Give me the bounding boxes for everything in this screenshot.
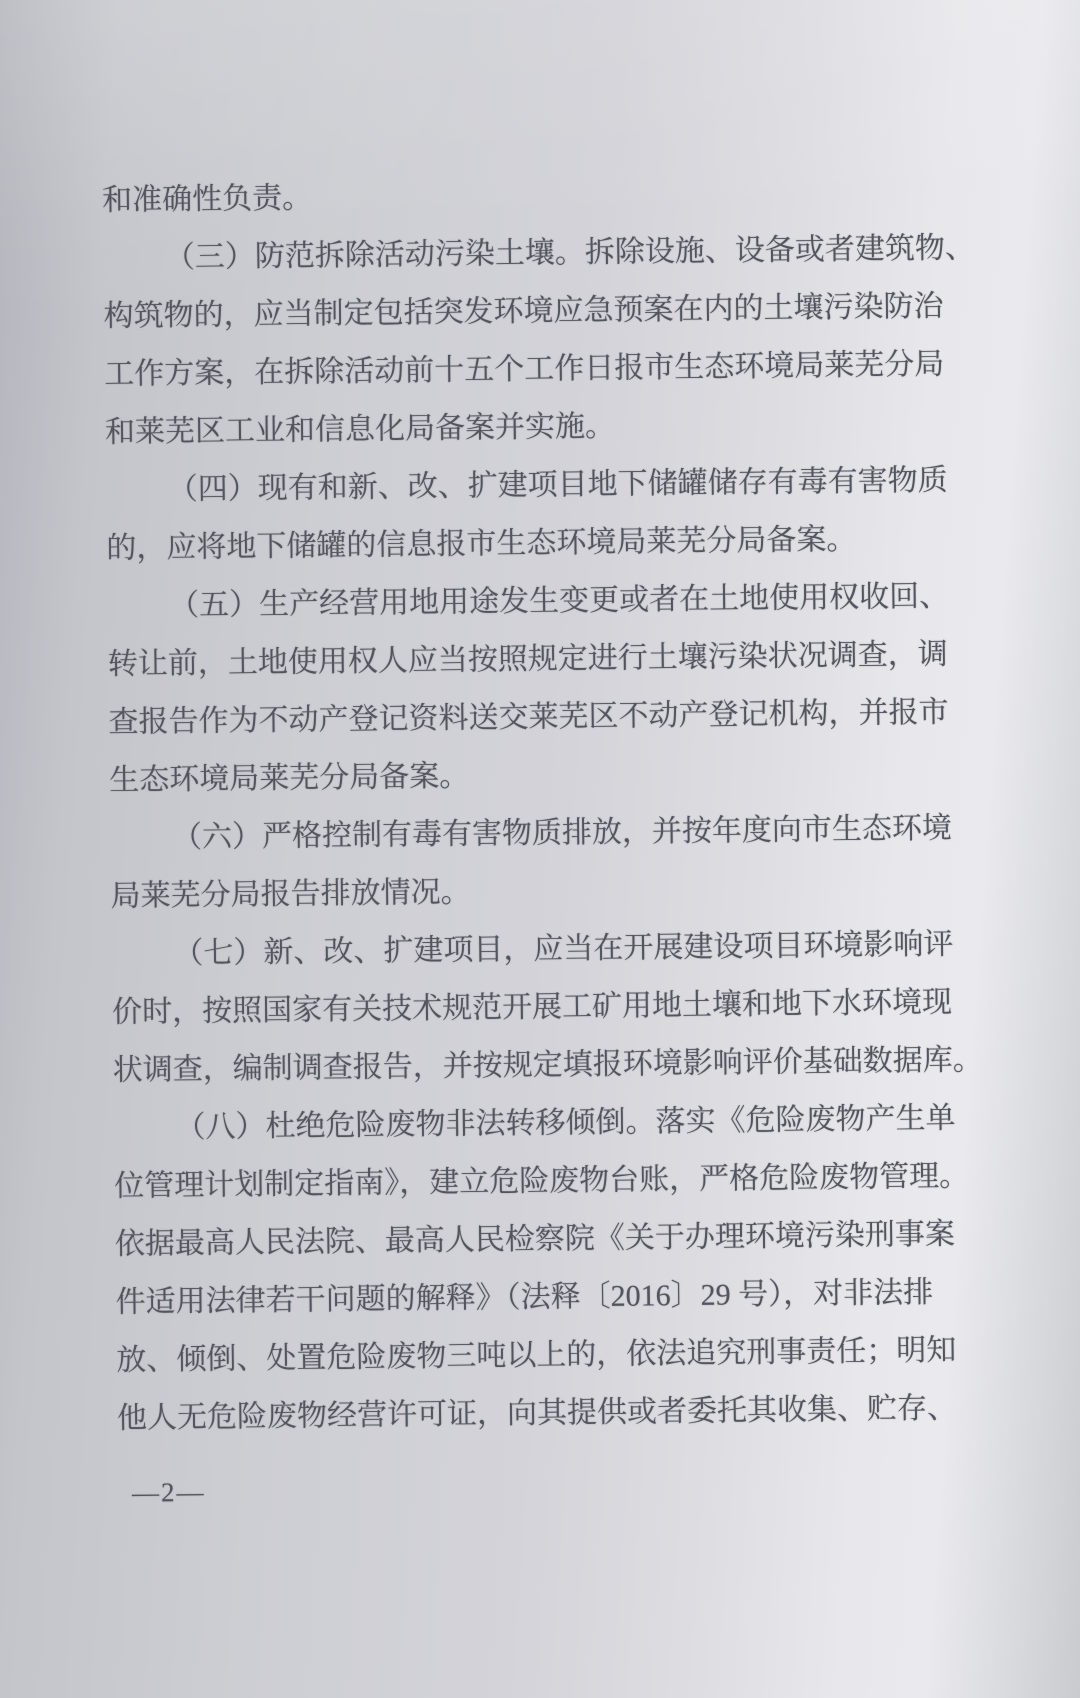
text-line: （五）生产经营用地用途发生变更或者在土地使用权收回、 xyxy=(107,567,988,636)
text-line: 位管理计划制定指南》，建立危险废物台账，严格危险废物管理。 xyxy=(114,1147,995,1216)
text-line: （八）杜绝危险废物非法转移倾倒。落实《危险废物产生单 xyxy=(113,1089,994,1158)
text-line: 生态环境局莱芜分局备案。 xyxy=(109,741,990,810)
text-line: 依据最高人民法院、最高人民检察院《关于办理环境污染刑事案 xyxy=(115,1205,996,1274)
text-line: 件适用法律若干问题的解释》（法释〔2016〕29 号），对非法排 xyxy=(115,1263,996,1332)
text-line: 和准确性负责。 xyxy=(102,161,983,230)
document-text-block: 和准确性负责。（三）防范拆除活动污染土壤。拆除设施、设备或者建筑物、构筑物的，应… xyxy=(102,161,998,1448)
text-line: 和莱芜区工业和信息化局备案并实施。 xyxy=(105,393,986,462)
document-page: 和准确性负责。（三）防范拆除活动污染土壤。拆除设施、设备或者建筑物、构筑物的，应… xyxy=(102,161,998,1509)
text-line: 局莱芜分局报告排放情况。 xyxy=(110,857,991,926)
text-line: （四）现有和新、改、扩建项目地下储罐储存有毒有害物质 xyxy=(105,451,986,520)
text-line: 查报告作为不动产登记资料送交莱芜区不动产登记机构，并报市 xyxy=(108,683,989,752)
text-line: 转让前，土地使用权人应当按照规定进行土壤污染状况调查，调 xyxy=(108,625,989,694)
text-line: 的，应将地下储罐的信息报市生态环境局莱芜分局备案。 xyxy=(106,509,987,578)
text-line: （七）新、改、扩建项目，应当在开展建设项目环境影响评 xyxy=(111,915,992,984)
text-line: （六）严格控制有毒有害物质排放，并按年度向市生态环境 xyxy=(110,799,991,868)
text-line: （三）防范拆除活动污染土壤。拆除设施、设备或者建筑物、 xyxy=(103,219,984,288)
text-line: 价时，按照国家有关技术规范开展工矿用地土壤和地下水环境现 xyxy=(112,973,993,1042)
text-line: 放、倾倒、处置危险废物三吨以上的，依法追究刑事责任；明知 xyxy=(116,1321,997,1390)
page-number: —2— xyxy=(118,1467,998,1509)
text-line: 状调查，编制调查报告，并按规定填报环境影响评价基础数据库。 xyxy=(112,1031,993,1100)
text-line: 构筑物的，应当制定包括突发环境应急预案在内的土壤污染防治 xyxy=(103,277,984,346)
text-line: 工作方案，在拆除活动前十五个工作日报市生态环境局莱芜分局 xyxy=(104,335,985,404)
text-line: 他人无危险废物经营许可证，向其提供或者委托其收集、贮存、 xyxy=(117,1379,998,1448)
